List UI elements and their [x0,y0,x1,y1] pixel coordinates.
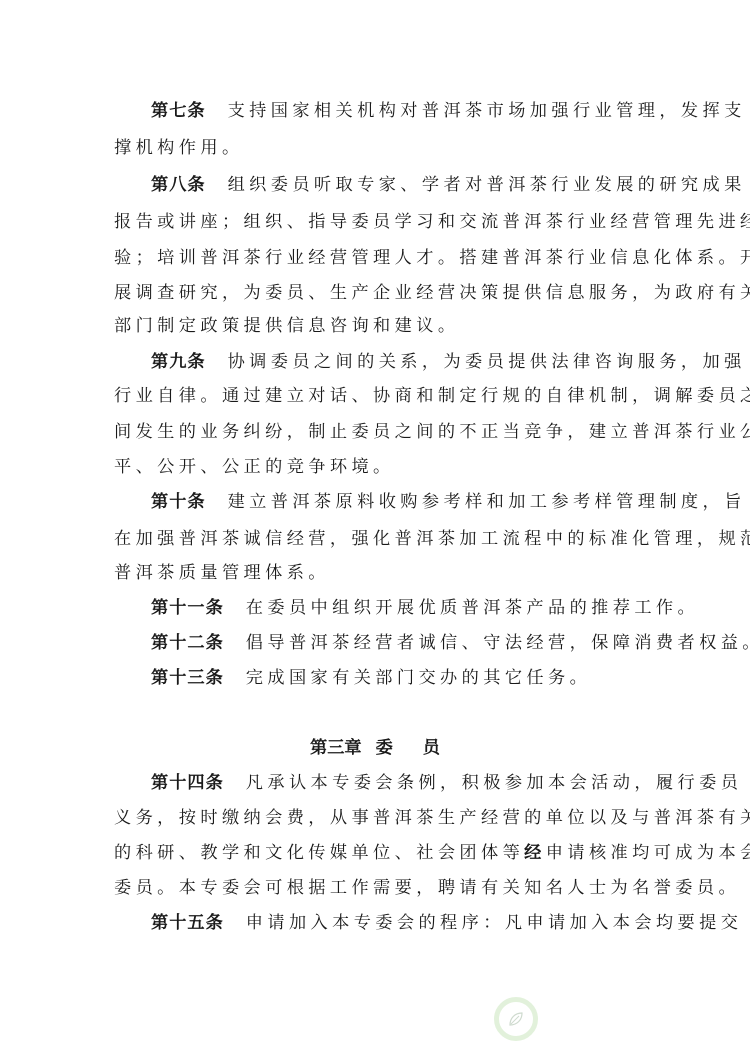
article-13: 第十三条完成国家有关部门交办的其它任务。 [151,666,638,690]
article-10-line-2: 在加强普洱茶诚信经营，强化普洱茶加工流程中的标准化管理，规范 [114,527,638,551]
article-14-line-1: 第十四条凡承认本专委会条例，积极参加本会活动，履行委员 [151,771,638,795]
article-label: 第十一条 [151,598,224,618]
article-label: 第十三条 [151,668,224,688]
article-14-line-4: 委员。本专委会可根据工作需要，聘请有关知名人士为名誉委员。 [114,876,638,900]
article-7-line-2: 撑机构作用。 [114,136,638,160]
article-10-line-3: 普洱茶质量管理体系。 [114,561,638,585]
article-8-line-3: 验；培训普洱茶行业经营管理人才。搭建普洱茶行业信息化体系。开 [114,246,638,270]
article-9-line-1: 第九条协调委员之间的关系，为委员提供法律咨询服务，加强 [151,350,638,374]
article-9-line-2: 行业自律。通过建立对话、协商和制定行规的自律机制，调解委员之 [114,384,638,408]
chapter-heading: 第三章委员 [0,736,750,760]
article-14-line-3: 的科研、教学和文化传媒单位、社会团体等经申请核准均可成为本会 [114,841,638,865]
article-8-line-1: 第八条组织委员听取专家、学者对普洱茶行业发展的研究成果 [151,173,638,197]
article-label: 第十条 [151,492,206,512]
article-7-line-1: 第七条支持国家相关机构对普洱茶市场加强行业管理，发挥支 [151,99,638,123]
article-label: 第十二条 [151,633,224,653]
leaf-logo-icon [494,997,538,1041]
article-label: 第十五条 [151,913,224,933]
article-label: 第八条 [151,175,206,195]
article-9-line-4: 平、公开、公正的竞争环境。 [114,455,638,479]
article-8-line-5: 部门制定政策提供信息咨询和建议。 [114,314,638,338]
document-page: 第七条支持国家相关机构对普洱茶市场加强行业管理，发挥支 撑机构作用。 第八条组织… [0,0,750,1061]
article-9-line-3: 间发生的业务纠纷，制止委员之间的不正当竞争，建立普洱茶行业公 [114,420,638,444]
article-14-line-2: 义务，按时缴纳会费，从事普洱茶生产经营的单位以及与普洱茶有关 [114,806,638,830]
article-8-line-2: 报告或讲座；组织、指导委员学习和交流普洱茶行业经营管理先进经 [114,210,638,234]
article-12: 第十二条倡导普洱茶经营者诚信、守法经营，保障消费者权益。 [151,631,638,655]
article-label: 第十四条 [151,773,224,793]
article-label: 第七条 [151,101,206,121]
article-label: 第九条 [151,352,206,372]
article-11: 第十一条在委员中组织开展优质普洱茶产品的推荐工作。 [151,596,638,620]
article-10-line-1: 第十条建立普洱茶原料收购参考样和加工参考样管理制度，旨 [151,490,638,514]
article-8-line-4: 展调查研究，为委员、生产企业经营决策提供信息服务，为政府有关 [114,281,638,305]
article-15-line-1: 第十五条申请加入本专委会的程序：凡申请加入本会均要提交 [151,911,638,935]
